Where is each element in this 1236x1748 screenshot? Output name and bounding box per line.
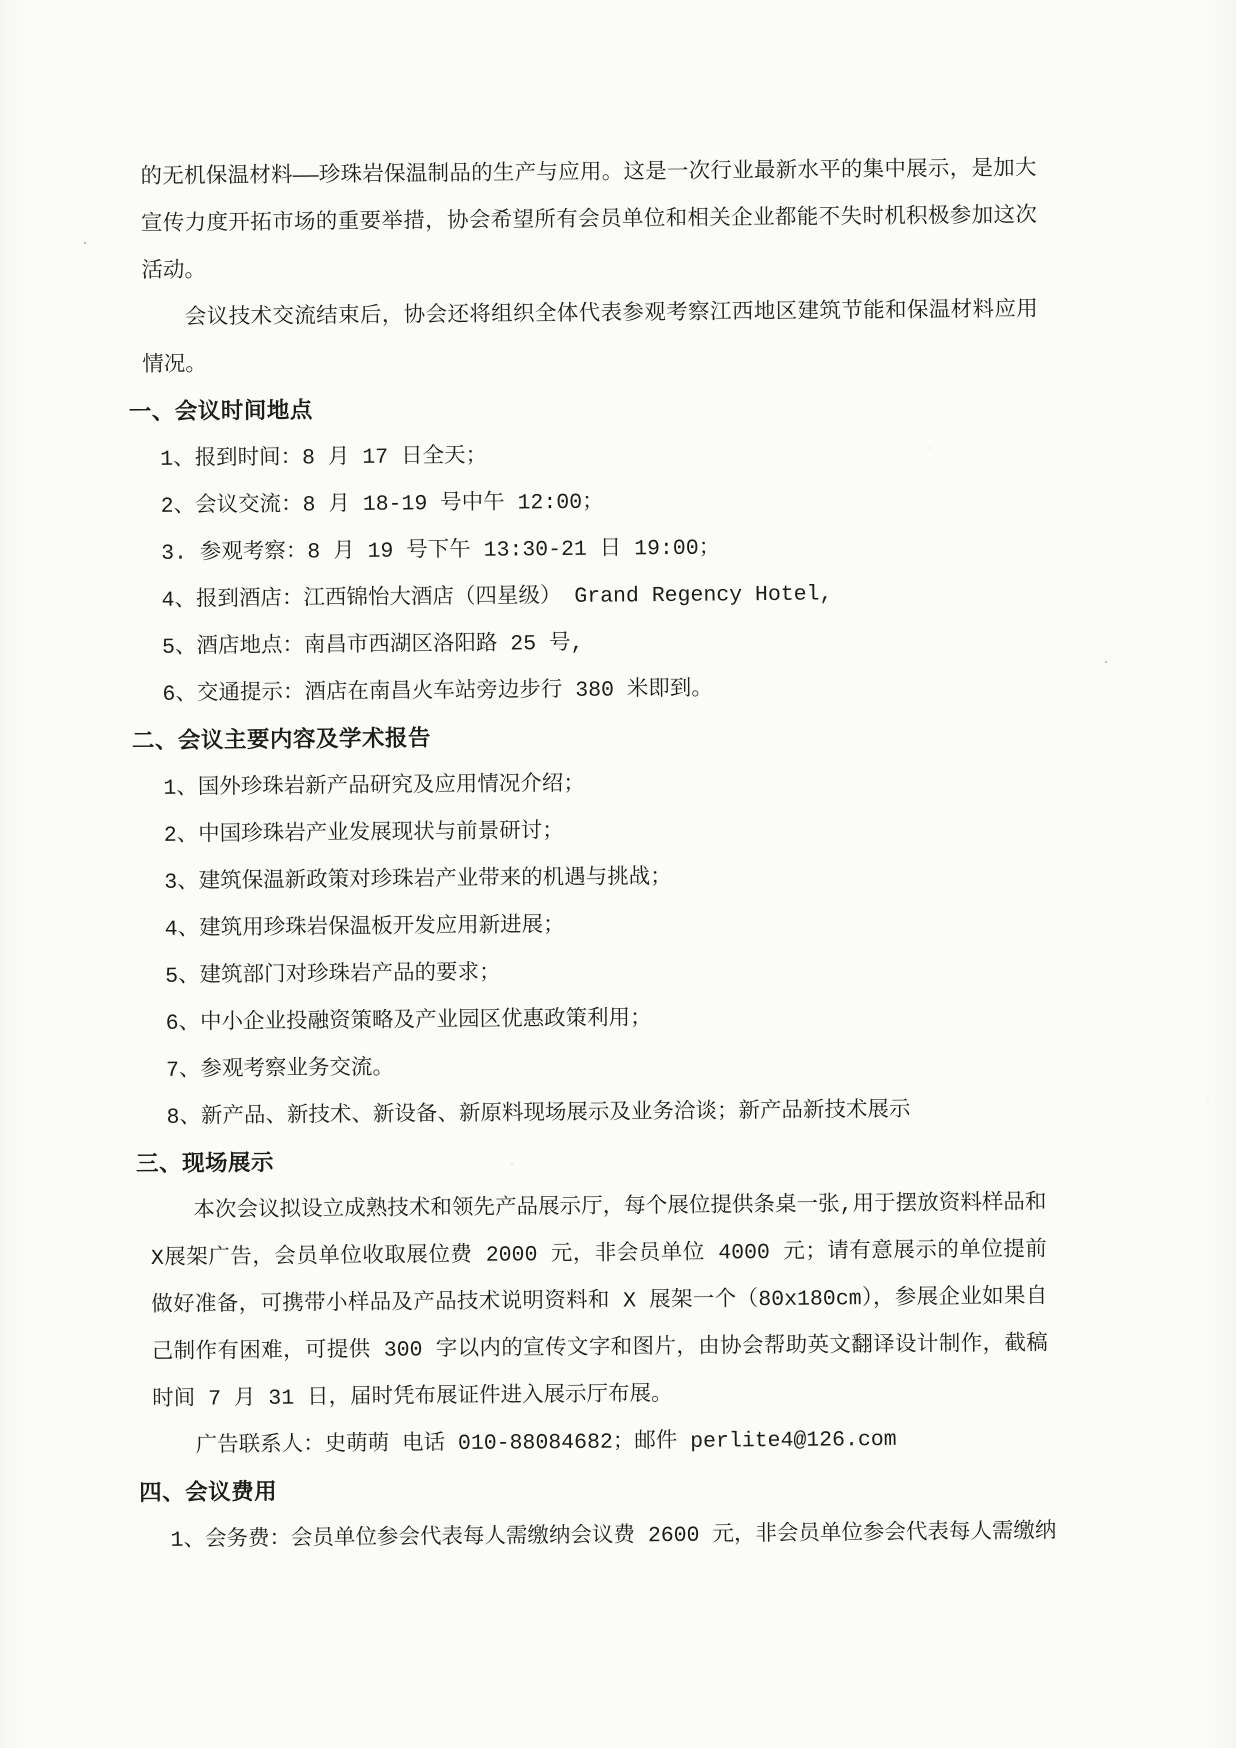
section-2-item-1: 1、国外珍珠岩新产品研究及应用情况介绍； bbox=[163, 757, 1042, 812]
ad-contact-line: 广告联系人：史萌萌 电话 010-88084682；邮件 perlite4@12… bbox=[152, 1415, 1048, 1471]
section-2-item-7: 7、参观考察业务交流。 bbox=[166, 1039, 1045, 1094]
section-1-item-6: 6、交通提示：酒店在南昌火车站旁边步行 380 米即到。 bbox=[162, 663, 1041, 718]
section-2-item-3: 3、建筑保温新政策对珍珠岩产业带来的机遇与挑战； bbox=[164, 851, 1043, 906]
section-1-item-4: 4、报到酒店：江西锦怡大酒店（四星级） Grand Regency Hotel, bbox=[161, 569, 1040, 624]
section-4-item-1: 1、会务费：会员单位参会代表每人需缴纳会议费 2600 元，非会员单位参会代表每… bbox=[170, 1509, 1049, 1564]
section-2-item-4: 4、建筑用珍珠岩保温板开发应用新进展； bbox=[165, 898, 1044, 953]
section-1-item-1: 1、报到时间：8 月 17 日全天； bbox=[160, 428, 1039, 483]
intro-paragraph: 的无机保温材料——珍珠岩保温制品的生产与应用。这是一次行业最新水平的集中展示，是… bbox=[140, 146, 1037, 296]
section-1-item-3: 3. 参观考察：8 月 19 号下午 13:30-21 日 19:00； bbox=[161, 522, 1040, 577]
section-2-item-6: 6、中小企业投融资策略及产业园区优惠政策利用； bbox=[165, 992, 1044, 1047]
exhibition-paragraph: 本次会议拟设立成熟技术和领先产品展示厅，每个展位提供条桌一张,用于摆放资料样品和… bbox=[150, 1180, 1048, 1424]
section-2-item-8: 8、新产品、新技术、新设备、新原料现场展示及业务洽谈；新产品新技术展示 bbox=[166, 1086, 1045, 1141]
section-2-item-5: 5、建筑部门对珍珠岩产品的要求； bbox=[165, 945, 1044, 1000]
scan-content: 的无机保温材料——珍珠岩保温制品的生产与应用。这是一次行业最新水平的集中展示，是… bbox=[126, 146, 1049, 1565]
section-1-item-5: 5、酒店地点：南昌市西湖区洛阳路 25 号, bbox=[162, 616, 1041, 671]
section-2-item-2: 2、中国珍珠岩产业发展现状与前景研讨； bbox=[164, 804, 1043, 859]
visit-paragraph: 会议技术交流结束后，协会还将组织全体代表参观考察江西地区建筑节能和保温材料应用情… bbox=[142, 287, 1039, 390]
section-1-item-2: 2、会议交流：8 月 18-19 号中午 12:00； bbox=[160, 475, 1039, 530]
document-page: 的无机保温材料——珍珠岩保温制品的生产与应用。这是一次行业最新水平的集中展示，是… bbox=[0, 0, 1236, 1748]
